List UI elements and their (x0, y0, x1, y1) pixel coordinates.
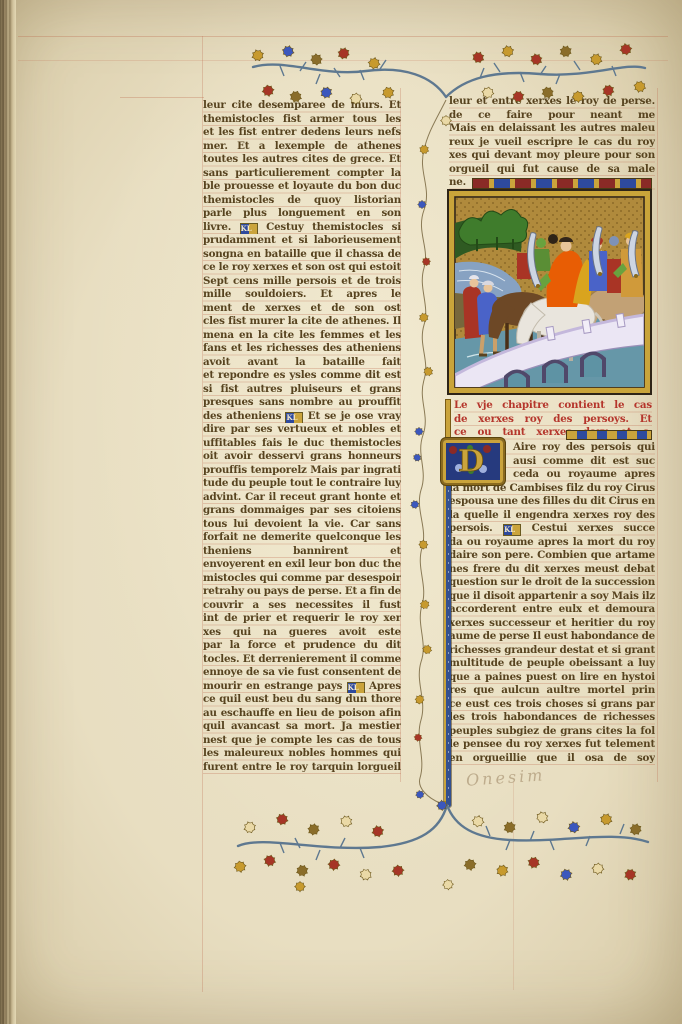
text-line: leur cite desemparee de murs. Et apres c… (203, 99, 401, 113)
text-line: peuples subgiez de grans cites la fol (449, 725, 655, 739)
text-line: ce quil eust beu du sang dun thore (203, 693, 401, 707)
text-line: ce eust ces trois choses si grans par (449, 698, 655, 712)
ruling-line (120, 97, 204, 98)
text-line: Le vje chapitre contient le cas (454, 399, 652, 413)
text-line: tude du peuple tout le contraire luy (203, 477, 401, 491)
miniature-painting (447, 189, 652, 395)
text-line: par la force et prudence du dit themis (203, 639, 401, 653)
text-line: fans et les richesses des atheniens qui (203, 342, 401, 356)
text-line: nes frere du dit xerxes meust debat et (449, 563, 655, 577)
text-line: dire par ses vertueux et nobles et pro (203, 423, 401, 437)
ruling-line (18, 36, 668, 37)
text-line: themistocles fist armer tous les hommes (203, 113, 401, 127)
text-line: leur et entre xerxes le roy de perse. Ca… (449, 95, 655, 109)
text-line: au eschauffe en lieu de poison afin (203, 707, 401, 721)
text-line: mourir en estrange pays KL Apres (203, 680, 401, 694)
text-line: da ou royaume apres la mort du roy (449, 536, 655, 550)
text-line: envoyerent en exil leur bon duc the (203, 558, 401, 572)
text-line: daire son pere. Combien que artame (449, 549, 655, 563)
text-line: les trois habondances de richesses de (449, 711, 655, 725)
text-line: ce le roy xerxes et son ost qui estoit d… (203, 261, 401, 275)
text-line: theniens bannirent et villainnement (203, 545, 401, 559)
text-line: multitude de peuple obeissant a luy (449, 657, 655, 671)
text-line: sans particulierement compter la loa (203, 167, 401, 181)
penwork-initial: KL (285, 412, 303, 424)
text-line: nest que je compte les cas de tous (203, 734, 401, 748)
text-line: que a paines puest on lire en hystoi (449, 671, 655, 685)
manuscript-page: leur cite desemparee de murs. Et apres c… (0, 0, 682, 1024)
line-filler-bar (566, 430, 652, 440)
initial-foliage: D (443, 440, 499, 479)
ruling-line (513, 782, 514, 990)
faint-inscription: Onesim (465, 765, 546, 789)
text-line: quil avancast sa mort. Ja mestier (203, 720, 401, 734)
text-line: mistocles qui comme par desespoir se (203, 572, 401, 586)
text-line: retrahy ou pays de perse. Et a fin de se (203, 585, 401, 599)
text-line: la quelle il engendra xerxes roy des (449, 509, 655, 523)
text-line: tocles. Et derrenierement il comme (203, 653, 401, 667)
text-line: forfait ne demerite quelconque les a (203, 531, 401, 545)
text-line: si fist autres pluiseurs et grans biens (203, 383, 401, 397)
text-line: de ce faire pour neant me efforceroye (449, 109, 655, 123)
bottom-border-vine (233, 800, 648, 892)
text-line: Mais en delaissant les autres maleu (449, 122, 655, 136)
text-line: tous lui devoient la vie. Car sans (203, 518, 401, 532)
gold-bar-segment (445, 399, 451, 441)
text-line: ment de xerxes et de son ost themisto (203, 302, 401, 316)
text-line: res que aulcun aultre mortel prin (449, 684, 655, 698)
left-text-column: leur cite desemparee de murs. Et apres c… (203, 99, 401, 774)
text-line: mena en la cite les femmes et les en (203, 329, 401, 343)
text-line: avoit avant la bataille fait destourner (203, 356, 401, 370)
line-filler-bar (472, 178, 652, 189)
text-line: prudamment et si laborieusement le (203, 234, 401, 248)
illuminated-initial-D: D (441, 438, 505, 485)
text-line: espousa une des filles du dit Cirus en (449, 495, 655, 509)
text-line: orgueil qui fut cause de sa male fortu (449, 163, 655, 177)
ruling-line (657, 88, 658, 782)
text-line: mer. Et a lexemple de athenes firent (203, 140, 401, 154)
text-line: ble prouesse et loyaute du bon duc (203, 180, 401, 194)
text-line: mille souldoiers. Et apres le dechace (203, 288, 401, 302)
text-line: xerxes successeur et heritier du roy (449, 617, 655, 631)
right-text-column-body: Aire roy des persois quiausi comme dit e… (449, 441, 655, 765)
text-line: que il disoit appartenir a soy Mais ilz (449, 590, 655, 604)
text-line: et les fist entrer dedens leurs nefs sur (203, 126, 401, 140)
text-line: de xerxes roy des persoys. Et commen (454, 413, 652, 427)
svg-text:D: D (458, 444, 484, 479)
text-line: des atheniens KL Et se je ose vray (203, 410, 401, 424)
penwork-initial: KL (503, 524, 521, 536)
text-line: toutes les autres cites de grece. Et (203, 153, 401, 167)
text-line: les maleureux nobles hommes qui (203, 747, 401, 761)
border-bar-baguette (444, 478, 451, 807)
text-line: prouffis temporelz Mais par ingrati (203, 464, 401, 478)
ruling-line (18, 60, 668, 61)
text-line: le pensee du roy xerxes fut telement (449, 738, 655, 752)
text-line: xes qui devant moy pleure pour son (449, 149, 655, 163)
text-line: songna en bataille que il chassa de gre (203, 248, 401, 262)
text-line: themistocles de quoy listorian justin (203, 194, 401, 208)
text-line: cles fist murer la cite de athenes. Il r… (203, 315, 401, 329)
text-line: Sept cens mille persois et de trois cens (203, 275, 401, 289)
text-line: furent entre le roy tarquin lorgueil (203, 761, 401, 775)
book-gutter-edge (0, 0, 16, 1024)
text-line: ennoye de sa vie fust consentent de (203, 666, 401, 680)
right-text-column-top: leur et entre xerxes le roy de perse. Ca… (449, 95, 655, 190)
penwork-initial: KL (240, 223, 258, 235)
text-line: xes qui na gueres avoit este desconfis (203, 626, 401, 640)
text-line: en orgueillie que il osa de soy mesmes (449, 752, 655, 766)
penwork-initial: KL (347, 682, 365, 694)
text-line: question sur le droit de la succession (449, 576, 655, 590)
text-line: presques sans nombre au prouffit (203, 396, 401, 410)
text-line: et repondre es ysles comme dit est et (203, 369, 401, 383)
text-line: int de prier et requerir le roy xer (203, 612, 401, 626)
text-line: oit avoir desservi grans honneurs et (203, 450, 401, 464)
text-line: advint. Car il receut grant honte et (203, 491, 401, 505)
text-line: accorderent entre eulx et demoura (449, 603, 655, 617)
text-line: richesses grandeur destat et si grant (449, 644, 655, 658)
text-line: aume de perse Il eust habondance de (449, 630, 655, 644)
text-line: livre. KL Cestuy themistocles si (203, 221, 401, 235)
text-line: reux je vueil escripre le cas du roy xer (449, 136, 655, 150)
text-line: grans dommaiges par ses citoiens qui (203, 504, 401, 518)
text-line: uffitables fais le duc themistocles po (203, 437, 401, 451)
text-line: couvrir a ses necessites il fust contra (203, 599, 401, 613)
text-line: persois. KL Cestui xerxes succe (449, 522, 655, 536)
text-line: parle plus longuement en son Second (203, 207, 401, 221)
